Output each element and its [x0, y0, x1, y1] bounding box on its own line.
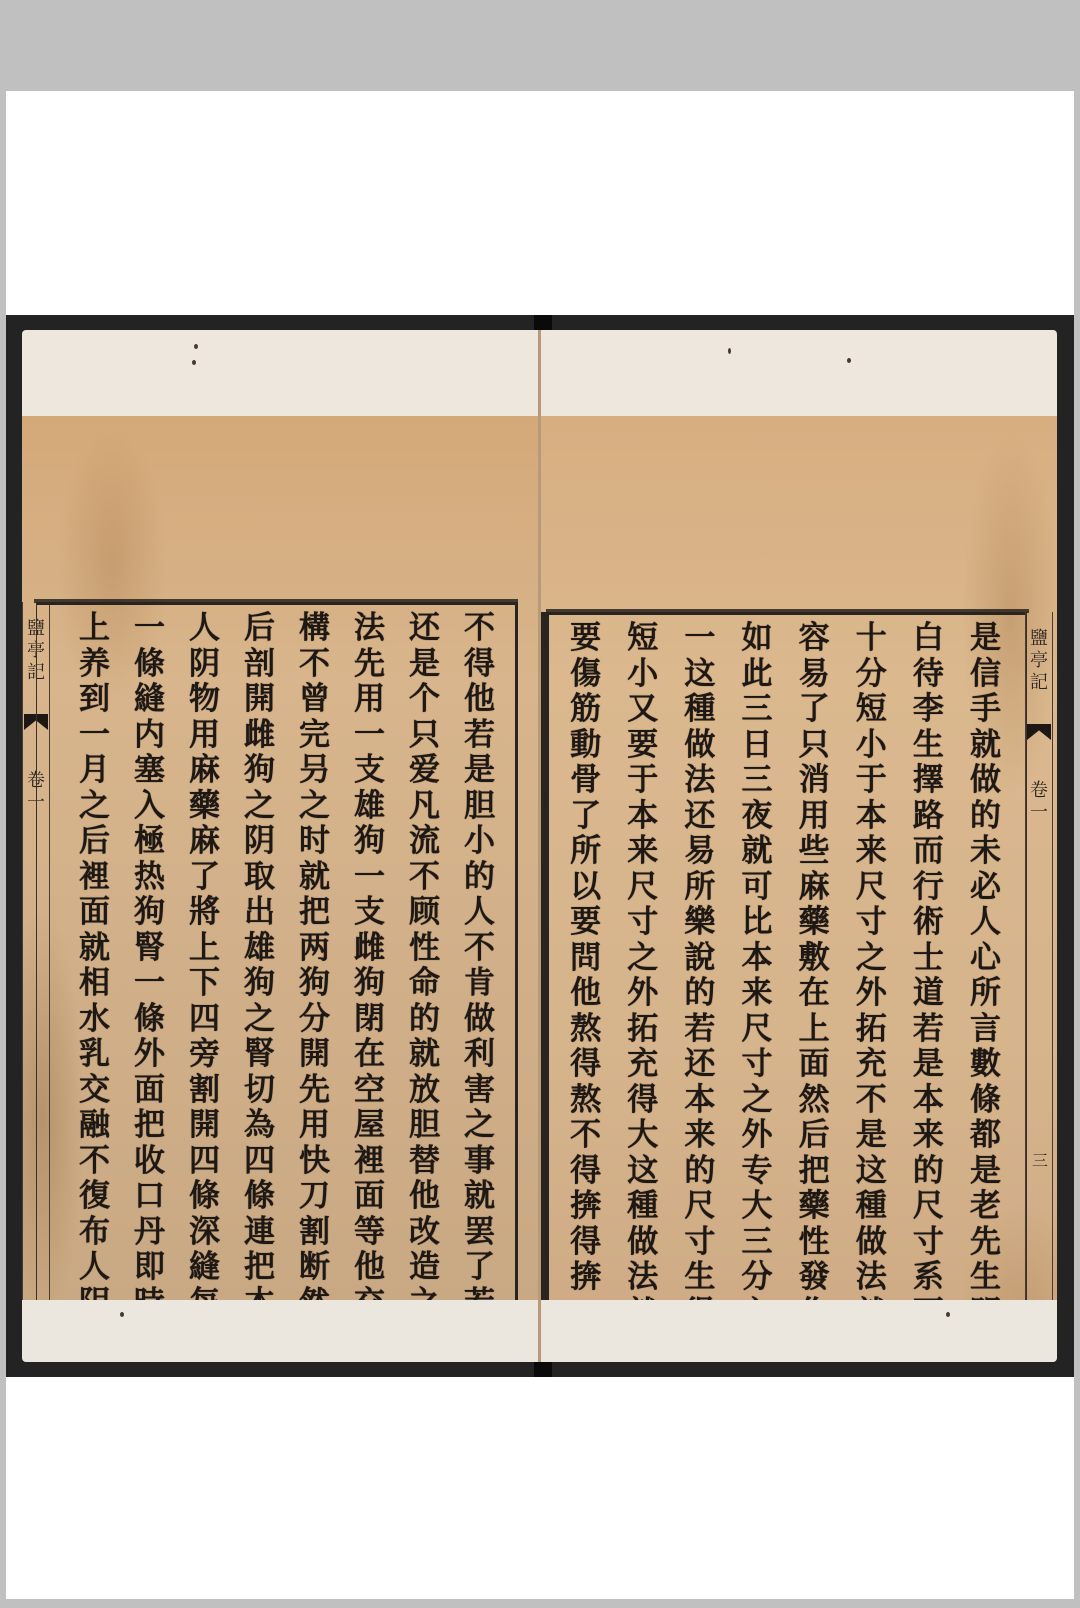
- character: 只: [409, 718, 440, 754]
- character: 一: [134, 966, 165, 1002]
- character: 割: [299, 1215, 330, 1251]
- character: 系: [913, 1260, 944, 1296]
- character: 先: [354, 647, 385, 683]
- character: 連: [244, 1215, 275, 1251]
- character: 顾: [409, 895, 440, 931]
- character: 罢: [464, 1215, 495, 1251]
- character: 就: [741, 834, 772, 870]
- character: 要: [570, 905, 601, 941]
- character: 了: [189, 860, 220, 896]
- character: 胆: [409, 1108, 440, 1144]
- character: 開: [299, 1037, 330, 1073]
- character: 得: [570, 1047, 601, 1083]
- character: 还: [684, 799, 715, 835]
- bottom-margin-strip: [22, 1300, 538, 1362]
- banxin-rule: [1052, 612, 1053, 1318]
- character: 法: [627, 1260, 658, 1296]
- character: 之: [741, 1083, 772, 1119]
- character: 取: [244, 860, 275, 896]
- character: 不: [464, 931, 495, 967]
- page-fold: [538, 330, 541, 1362]
- character: 之: [299, 789, 330, 825]
- character: 一: [354, 860, 385, 896]
- character: 麻: [189, 753, 220, 789]
- character: 两: [299, 931, 330, 967]
- character: 相: [79, 966, 110, 1002]
- character: 就: [464, 1179, 495, 1215]
- character: 的: [970, 799, 1001, 835]
- character: 復: [79, 1179, 110, 1215]
- character: 狗: [244, 753, 275, 789]
- character: 胆: [464, 789, 495, 825]
- character: 物: [189, 682, 220, 718]
- character: 寸: [741, 1047, 772, 1083]
- character: 小: [464, 824, 495, 860]
- character: 狗: [354, 966, 385, 1002]
- character: 等: [354, 1215, 385, 1251]
- top-margin-strip: [541, 330, 1057, 416]
- character: 分: [299, 1002, 330, 1038]
- character: 之: [627, 941, 658, 977]
- character: 狗: [354, 824, 385, 860]
- character: 的: [913, 1154, 944, 1190]
- character: 是: [970, 621, 1001, 657]
- character: 熬: [570, 1083, 601, 1119]
- character: 做: [464, 1002, 495, 1038]
- character: 為: [244, 1108, 275, 1144]
- character: 條: [134, 647, 165, 683]
- character: 入: [134, 789, 165, 825]
- character: 外: [741, 1118, 772, 1154]
- character: 事: [464, 1144, 495, 1180]
- character: 分: [741, 1260, 772, 1296]
- character: 即: [134, 1250, 165, 1286]
- character: 后: [79, 824, 110, 860]
- character: 易: [684, 834, 715, 870]
- banxin-title: 鹽亭記: [1028, 628, 1050, 694]
- character: 不: [299, 647, 330, 683]
- character: 深: [189, 1215, 220, 1251]
- character: 阴: [189, 647, 220, 683]
- character: 阴: [244, 824, 275, 860]
- character: 时: [299, 824, 330, 860]
- character: 肯: [464, 966, 495, 1002]
- character: 断: [299, 1250, 330, 1286]
- character: 老: [970, 1189, 1001, 1225]
- character: 是: [856, 1118, 887, 1154]
- character: 寸: [684, 1225, 715, 1261]
- character: 这: [627, 1154, 658, 1190]
- character: 面: [134, 1073, 165, 1109]
- character: 得: [570, 1225, 601, 1261]
- character: 條: [244, 1179, 275, 1215]
- paper-spot: [946, 1312, 950, 1317]
- character: 然: [799, 1083, 830, 1119]
- character: 麻: [799, 870, 830, 906]
- character: 三: [741, 692, 772, 728]
- character: 小: [856, 728, 887, 764]
- character: 把: [299, 895, 330, 931]
- character: 上: [799, 1012, 830, 1048]
- character: 開: [244, 682, 275, 718]
- text-column: 后剖開雌狗之阴取出雄狗之腎切為四條連把本: [232, 611, 287, 1309]
- character: 極: [134, 824, 165, 860]
- character: 做: [627, 1225, 658, 1261]
- character: 夜: [741, 799, 772, 835]
- banxin-rule: [1025, 612, 1026, 1318]
- frame-top-rule: [34, 599, 518, 603]
- character: 先: [970, 1225, 1001, 1261]
- character: 剖: [244, 647, 275, 683]
- character: 面: [354, 1179, 385, 1215]
- character: 縫: [134, 682, 165, 718]
- character: 寸: [627, 905, 658, 941]
- paper-spot: [847, 358, 851, 363]
- character: 所: [570, 834, 601, 870]
- character: 不: [570, 1118, 601, 1154]
- character: 敷: [799, 941, 830, 977]
- text-column: 法先用一支雄狗一支雌狗閉在空屋裡面等他交: [342, 611, 397, 1309]
- character: 把: [799, 1154, 830, 1190]
- character: 不: [409, 860, 440, 896]
- character: 交: [79, 1073, 110, 1109]
- character: 小: [627, 657, 658, 693]
- character: 还: [684, 1047, 715, 1083]
- character: 塞: [134, 753, 165, 789]
- text-column: 上养到一月之后裡面就相水乳交融不復布人阴: [67, 611, 122, 1309]
- character: 本: [856, 799, 887, 835]
- character: 裡: [79, 860, 110, 896]
- banxin-rule: [22, 602, 23, 1318]
- character: 而: [913, 834, 944, 870]
- text-columns: 上养到一月之后裡面就相水乳交融不復布人阴一條縫内塞入極热狗腎一條外面把收口丹即時…: [67, 611, 507, 1309]
- character: 凡: [409, 789, 440, 825]
- character: 雌: [244, 718, 275, 754]
- text-column: 还是个只爱凡流不顾性命的就放胆替他改造之: [397, 611, 452, 1309]
- text-column: 如此三日三夜就可比本来尺寸之外专大三分之: [728, 621, 785, 1309]
- character: 这: [684, 657, 715, 693]
- character: 就: [409, 1037, 440, 1073]
- character: 还: [409, 611, 440, 647]
- character: 了: [570, 799, 601, 835]
- character: 熬: [570, 1012, 601, 1048]
- character: 四: [244, 1144, 275, 1180]
- character: 就: [970, 728, 1001, 764]
- character: 来: [913, 1118, 944, 1154]
- character: 上: [79, 611, 110, 647]
- character: 外: [856, 976, 887, 1012]
- character: 来: [627, 834, 658, 870]
- character: 開: [189, 1108, 220, 1144]
- character: 改: [409, 1215, 440, 1251]
- character: 养: [79, 647, 110, 683]
- character: 士: [913, 941, 944, 977]
- character: 腎: [244, 1037, 275, 1073]
- character: 专: [741, 1154, 772, 1190]
- character: 切: [244, 1073, 275, 1109]
- character: 本: [627, 799, 658, 835]
- character: 内: [134, 718, 165, 754]
- character: 人: [79, 1250, 110, 1286]
- character: 支: [354, 895, 385, 931]
- character: 生: [684, 1260, 715, 1296]
- character: 的: [409, 1002, 440, 1038]
- character: 條: [189, 1179, 220, 1215]
- character: 就: [79, 931, 110, 967]
- character: 得: [570, 1154, 601, 1190]
- character: 些: [799, 834, 830, 870]
- character: 他: [354, 1250, 385, 1286]
- character: 尺: [627, 870, 658, 906]
- character: 閉: [354, 1002, 385, 1038]
- character: 人: [189, 611, 220, 647]
- character: 的: [464, 860, 495, 896]
- text-column: 是信手就做的未必人心所言數條都是老先生明: [957, 621, 1014, 1309]
- character: 動: [570, 728, 601, 764]
- text-column: 不得他若是胆小的人不肯做利害之事就罢了若: [452, 611, 507, 1309]
- character: 擇: [913, 763, 944, 799]
- character: 短: [856, 692, 887, 728]
- character: 屋: [354, 1108, 385, 1144]
- text-column: 構不曾完叧之时就把两狗分開先用快刀割断然: [287, 611, 342, 1309]
- character: 藥: [189, 789, 220, 825]
- character: 用: [189, 718, 220, 754]
- character: 骨: [570, 763, 601, 799]
- character: 種: [627, 1189, 658, 1225]
- character: 用: [354, 682, 385, 718]
- character: 之: [856, 941, 887, 977]
- text-column: 白待李生擇路而行術士道若是本来的尺寸系不: [900, 621, 957, 1309]
- character: 布: [79, 1215, 110, 1251]
- character: 叧: [299, 753, 330, 789]
- character: 條: [134, 1002, 165, 1038]
- character: 爱: [409, 753, 440, 789]
- banxin-margin: 鹽亭記 卷一 三: [1025, 612, 1053, 1318]
- character: 若: [684, 1012, 715, 1048]
- character: 用: [799, 799, 830, 835]
- character: 后: [799, 1118, 830, 1154]
- character: 命: [409, 966, 440, 1002]
- character: 道: [913, 976, 944, 1012]
- character: 大: [627, 1118, 658, 1154]
- character: 做: [684, 728, 715, 764]
- character: 不: [464, 611, 495, 647]
- character: 心: [970, 941, 1001, 977]
- character: 把: [134, 1108, 165, 1144]
- paper-spot: [194, 344, 198, 349]
- character: 之: [464, 1108, 495, 1144]
- character: 外: [627, 976, 658, 1012]
- character: 快: [299, 1144, 330, 1180]
- character: 旁: [189, 1037, 220, 1073]
- character: 法: [354, 611, 385, 647]
- character: 必: [970, 870, 1001, 906]
- text-column: 短小又要于本来尺寸之外拓充得大这種做法就: [614, 621, 671, 1309]
- character: 信: [970, 657, 1001, 693]
- character: 本: [684, 1083, 715, 1119]
- character: 人: [464, 895, 495, 931]
- character: 易: [799, 657, 830, 693]
- character: 一: [354, 718, 385, 754]
- character: 本: [741, 941, 772, 977]
- character: 路: [913, 799, 944, 835]
- character: 狗: [134, 895, 165, 931]
- left-page: 鹽亭記 卷一 上养到一月之后裡面就相水乳交融不復布人阴一條縫内塞入極热狗腎一條外…: [22, 330, 538, 1362]
- character: 藥: [799, 905, 830, 941]
- top-margin-strip: [22, 330, 538, 416]
- character: 種: [856, 1189, 887, 1225]
- character: 是: [464, 753, 495, 789]
- character: 狗: [299, 966, 330, 1002]
- character: 了: [464, 1250, 495, 1286]
- character: 將: [189, 895, 220, 931]
- character: 筋: [570, 692, 601, 728]
- character: 后: [244, 611, 275, 647]
- character: 是: [913, 1047, 944, 1083]
- character: 術: [913, 905, 944, 941]
- character: 雄: [354, 789, 385, 825]
- character: 的: [684, 976, 715, 1012]
- character: 热: [134, 860, 165, 896]
- character: 外: [134, 1037, 165, 1073]
- text-column: 一條縫内塞入極热狗腎一條外面把收口丹即時: [122, 611, 177, 1309]
- character: 四: [189, 1002, 220, 1038]
- character: 了: [799, 692, 830, 728]
- character: 若: [913, 1012, 944, 1048]
- character: 容: [799, 621, 830, 657]
- character: 替: [409, 1144, 440, 1180]
- character: 所: [684, 870, 715, 906]
- character: 一: [79, 718, 110, 754]
- character: 害: [464, 1073, 495, 1109]
- character: 他: [570, 976, 601, 1012]
- character: 可: [741, 870, 772, 906]
- character: 說: [684, 941, 715, 977]
- character: 李: [913, 692, 944, 728]
- character: 就: [299, 860, 330, 896]
- text-columns: 要傷筋動骨了所以要問他熬得熬不得捹得捹短小又要于本来尺寸之外拓充得大这種做法就一…: [557, 621, 1014, 1309]
- character: 法: [684, 763, 715, 799]
- character: 不: [856, 1083, 887, 1119]
- character: 數: [970, 1047, 1001, 1083]
- character: 生: [913, 728, 944, 764]
- character: 之: [79, 789, 110, 825]
- character: 寸: [913, 1225, 944, 1261]
- character: 人: [970, 905, 1001, 941]
- character: 来: [741, 976, 772, 1012]
- aged-paper: 要傷筋動骨了所以要問他熬得熬不得捹得捹短小又要于本来尺寸之外拓充得大这種做法就一…: [541, 416, 1057, 1300]
- character: 麻: [189, 824, 220, 860]
- character: 曾: [299, 682, 330, 718]
- character: 是: [970, 1154, 1001, 1190]
- character: 寸: [856, 905, 887, 941]
- bottom-margin-strip: [541, 1300, 1057, 1362]
- character: 出: [244, 895, 275, 931]
- character: 完: [299, 718, 330, 754]
- character: 个: [409, 682, 440, 718]
- character: 这: [856, 1154, 887, 1190]
- character: 所: [970, 976, 1001, 1012]
- text-frame: 要傷筋動骨了所以要問他熬得熬不得捹得捹短小又要于本来尺寸之外拓充得大这種做法就一…: [541, 612, 1027, 1318]
- character: 水: [79, 1002, 110, 1038]
- character: 得: [464, 647, 495, 683]
- character: 尺: [684, 1189, 715, 1225]
- character: 未: [970, 834, 1001, 870]
- text-column: 容易了只消用些麻藥敷在上面然后把藥性發作: [786, 621, 843, 1309]
- character: 拓: [856, 1012, 887, 1048]
- character: 一: [684, 621, 715, 657]
- character: 是: [409, 647, 440, 683]
- character: 不: [79, 1144, 110, 1180]
- character: 本: [913, 1083, 944, 1119]
- character: 之: [244, 1002, 275, 1038]
- character: 要: [570, 621, 601, 657]
- character: 縫: [189, 1250, 220, 1286]
- character: 来: [856, 834, 887, 870]
- character: 做: [856, 1225, 887, 1261]
- character: 若: [464, 718, 495, 754]
- character: 此: [741, 657, 772, 693]
- aged-paper: 鹽亭記 卷一 上养到一月之后裡面就相水乳交融不復布人阴一條縫内塞入極热狗腎一條外…: [22, 416, 538, 1300]
- character: 在: [354, 1037, 385, 1073]
- character: 藥: [799, 1189, 830, 1225]
- character: 雄: [244, 931, 275, 967]
- character: 造: [409, 1250, 440, 1286]
- character: 白: [913, 621, 944, 657]
- character: 充: [627, 1047, 658, 1083]
- text-column: 要傷筋動骨了所以要問他熬得熬不得捹得捹: [557, 621, 614, 1309]
- banxin-volume: 卷一: [1028, 780, 1050, 824]
- character: 一: [134, 611, 165, 647]
- character: 構: [299, 611, 330, 647]
- character: 下: [189, 966, 220, 1002]
- character: 裡: [354, 1144, 385, 1180]
- fishtail-mark-icon: [1027, 724, 1051, 740]
- character: 行: [913, 870, 944, 906]
- paper-spot: [728, 348, 731, 354]
- character: 充: [856, 1047, 887, 1083]
- character: 得: [627, 1083, 658, 1119]
- character: 腎: [134, 931, 165, 967]
- character: 丹: [134, 1215, 165, 1251]
- character: 用: [299, 1108, 330, 1144]
- character: 之: [244, 789, 275, 825]
- character: 尺: [913, 1189, 944, 1225]
- character: 他: [409, 1179, 440, 1215]
- character: 只: [799, 728, 830, 764]
- character: 手: [970, 692, 1001, 728]
- character: 于: [856, 763, 887, 799]
- character: 捹: [570, 1260, 601, 1296]
- character: 融: [79, 1108, 110, 1144]
- character: 支: [354, 753, 385, 789]
- character: 消: [799, 763, 830, 799]
- character: 面: [79, 895, 110, 931]
- character: 收: [134, 1144, 165, 1180]
- paper-spot: [192, 360, 196, 365]
- character: 三: [741, 763, 772, 799]
- character: 利: [464, 1037, 495, 1073]
- text-frame: 上养到一月之后裡面就相水乳交融不復布人阴一條縫内塞入極热狗腎一條外面把收口丹即時…: [36, 602, 518, 1318]
- character: 十: [856, 621, 887, 657]
- character: 在: [799, 976, 830, 1012]
- character: 傷: [570, 657, 601, 693]
- paper-spot: [120, 1312, 124, 1317]
- character: 面: [799, 1047, 830, 1083]
- character: 尺: [741, 1012, 772, 1048]
- character: 日: [741, 728, 772, 764]
- character: 言: [970, 1012, 1001, 1048]
